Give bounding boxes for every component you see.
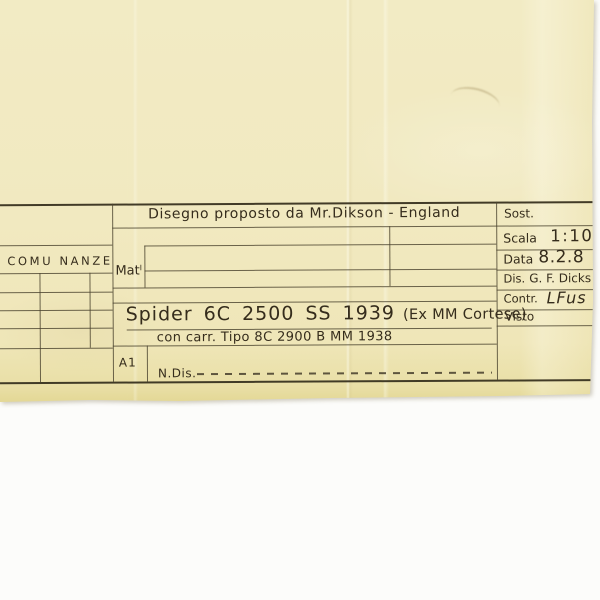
field-contr-label: Contr. [504, 292, 538, 306]
banner-text: Disegno proposto da Mr.Dikson - England [112, 205, 496, 224]
grid-line-vertical [389, 226, 390, 286]
field-scala-value: 1:10 [550, 226, 593, 246]
field-visto-label: Visto [505, 309, 535, 324]
field-scala-label: Scala [503, 230, 537, 245]
drawing-number-label: N.Dis. [158, 366, 197, 381]
scanned-drawing-canvas: Disegno proposto da Mr.Dikson - England … [0, 0, 600, 600]
field-dis-row: Dis.G. F. Dicks [503, 271, 591, 286]
grid-line [0, 310, 113, 312]
field-dis-label: Dis. [503, 271, 525, 285]
sheet-format-label: A1 [119, 355, 137, 369]
subtitle-text: con carr. Tipo 8C 2900 B MM 1938 [157, 329, 393, 346]
paper-surface: Disegno proposto da Mr.Dikson - England … [0, 0, 594, 403]
field-sost-label: Sost. [504, 206, 534, 221]
title-block-grid: Disegno proposto da Mr.Dikson - England … [0, 0, 594, 403]
field-data-label: Data [503, 251, 533, 266]
field-data-value: 8.2.8 [538, 247, 584, 268]
grid-line [144, 269, 496, 272]
grid-line-vertical [112, 204, 114, 382]
main-title-line: Spider 6C 2500 SS 1939(Ex MM Cortese) [126, 301, 527, 326]
grid-line [0, 273, 112, 275]
grid-line [497, 325, 594, 327]
grid-line-bottom-border [0, 379, 594, 384]
grid-line [0, 292, 113, 294]
comunanze-label: COMU NANZE [7, 255, 112, 269]
grid-line [112, 225, 593, 229]
grid-line [113, 286, 497, 289]
grid-line [0, 328, 113, 330]
grid-line-vertical [147, 345, 148, 381]
grid-line-vertical [89, 273, 90, 348]
drawing-number-dashes [197, 372, 492, 376]
grid-line [144, 244, 496, 247]
grid-line-vertical [144, 245, 145, 287]
grid-line [0, 245, 112, 247]
main-title: Spider 6C 2500 SS 1939 [126, 302, 395, 325]
material-label: Matˡ [115, 263, 142, 279]
grid-line [0, 348, 113, 350]
field-contr-value: LFus [547, 288, 587, 307]
field-dis-value: G. F. Dicks [529, 271, 591, 285]
